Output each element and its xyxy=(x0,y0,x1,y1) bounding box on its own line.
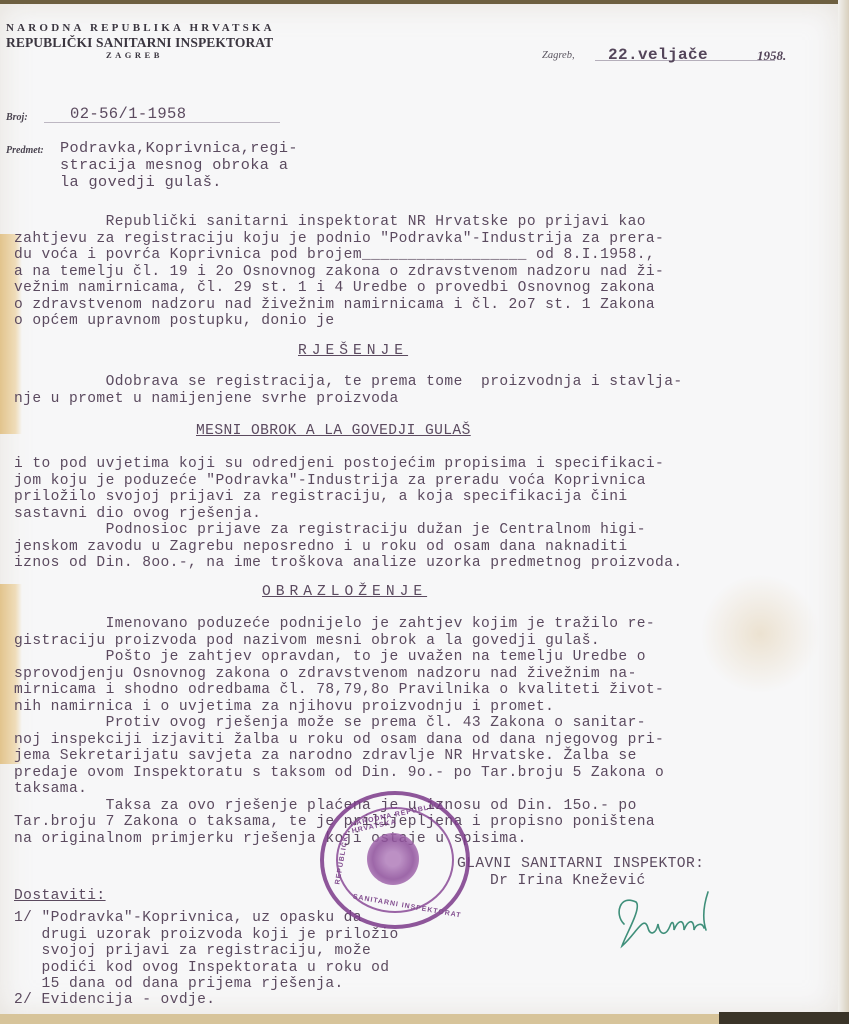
subject-text: Podravka,Koprivnica,regi- stracija mesno… xyxy=(60,140,298,191)
decision-paragraph: Odobrava se registracija, te prema tome … xyxy=(14,374,683,407)
document-date: 22.veljače xyxy=(608,46,708,64)
handwritten-signature xyxy=(612,884,752,954)
letterhead-country: NARODNA REPUBLIKA HRVATSKA xyxy=(6,22,275,34)
product-name: MESNI OBROK A LA GOVEDJI GULAŠ xyxy=(196,423,471,439)
heading-rjesenje: RJEŠENJE xyxy=(298,343,408,359)
delivery-label: Dostaviti: xyxy=(14,888,106,904)
reference-number: 02-56/1-1958 xyxy=(70,105,186,123)
signatory-title: GLAVNI SANITARNI INSPEKTOR: xyxy=(457,856,704,872)
letterhead-institution: REPUBLIČKI SANITARNI INSPEKTORAT xyxy=(6,35,273,51)
delivery-item: 2/ Evidencija - ovdje. xyxy=(14,992,215,1009)
document-year: 1958. xyxy=(757,48,786,64)
intro-paragraph: Republički sanitarni inspektorat NR Hrva… xyxy=(14,214,664,330)
letterhead-city: ZAGREB xyxy=(106,50,163,60)
place-label: Zagreb, xyxy=(542,50,575,61)
signature-stroke xyxy=(619,892,708,946)
reference-label: Broj: xyxy=(6,112,28,123)
document-page: NARODNA REPUBLIKA HRVATSKA REPUBLIČKI SA… xyxy=(0,4,838,1016)
heading-obrazlozenje: OBRAZLOŽENJE xyxy=(262,584,427,600)
scan-right-edge xyxy=(838,0,849,1024)
delivery-item: 1/ "Podravka"-Koprivnica, uz opasku da d… xyxy=(14,910,399,993)
coat-of-arms-icon xyxy=(367,833,419,885)
scan-bottom-shadow xyxy=(719,1012,849,1024)
subject-label: Predmet: xyxy=(6,145,44,156)
official-stamp: NARODNA REPUBLIKA HRVATSKA SANITARNI INS… xyxy=(320,791,470,929)
conditions-paragraph: i to pod uvjetima koji su odredjeni post… xyxy=(14,456,683,572)
paper-smudge xyxy=(700,574,820,694)
